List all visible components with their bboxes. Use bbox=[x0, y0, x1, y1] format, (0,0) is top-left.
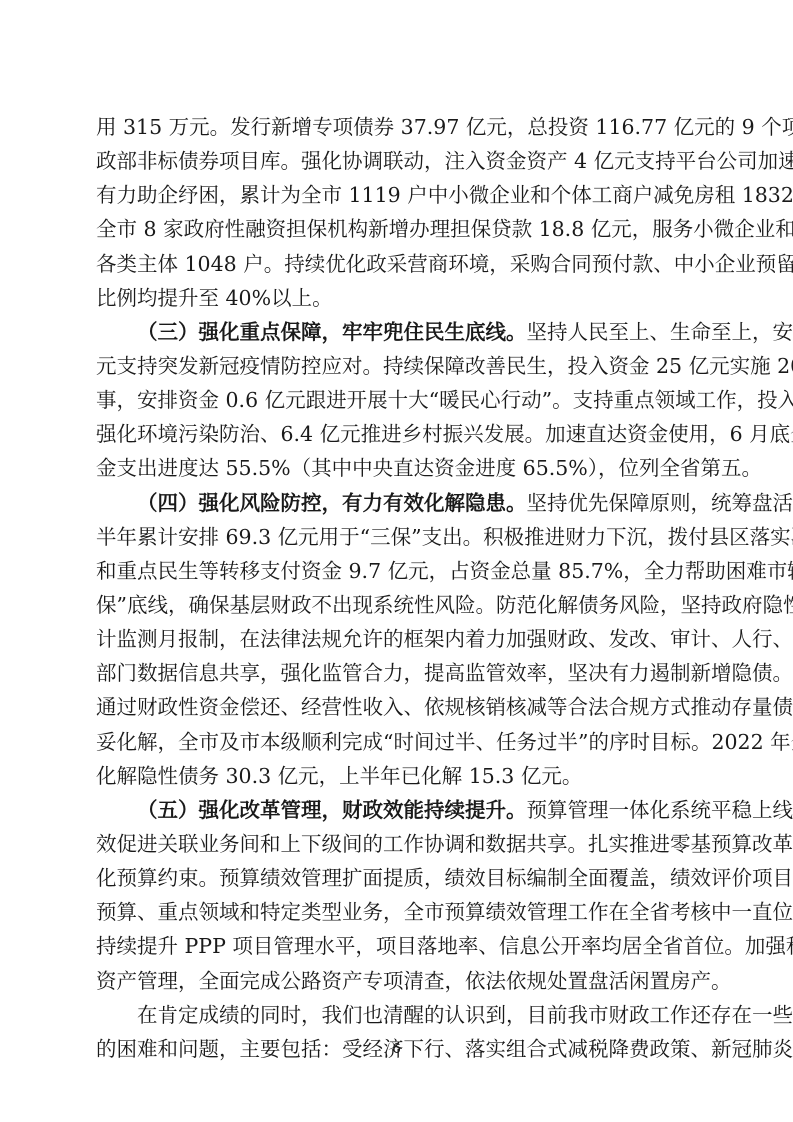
paragraph-line: 计监测月报制，在法律法规允许的框架内着力加强财政、发改、审计、人行、银保监等 bbox=[96, 622, 698, 656]
section-text: 预算管理一体化系统平稳上线运行，有 bbox=[527, 798, 793, 822]
section-heading: （三）强化重点保障，牢牢兜住民生底线。 bbox=[137, 320, 527, 344]
section-heading: （五）强化改革管理，财政效能持续提升。 bbox=[137, 798, 527, 822]
paragraph-line: 效促进关联业务间和上下级间的工作协调和数据共享。扎实推进零基预算改革，着力强 bbox=[96, 827, 698, 861]
paragraph-line: 全市 8 家政府性融资担保机构新增办理担保贷款 18.8 亿元，服务小微企业和“… bbox=[96, 212, 698, 246]
body-text: 用 315 万元。发行新增专项债券 37.97 亿元，总投资 116.77 亿元… bbox=[96, 110, 698, 1066]
paragraph-line: 在肯定成绩的同时，我们也清醒的认识到，目前我市财政工作还存在一些不容忽视 bbox=[96, 998, 698, 1032]
section-4-heading-line: （四）强化风险防控，有力有效化解隐患。坚持优先保障原则，统筹盘活资金，上 bbox=[96, 486, 698, 520]
page-number: 6 bbox=[0, 1040, 793, 1057]
paragraph-line: 半年累计安排 69.3 亿元用于“三保”支出。积极推进财力下沉，拨付县区落实减税… bbox=[96, 520, 698, 554]
paragraph-line: 各类主体 1048 户。持续优化政采营商环境，采购合同预付款、中小企业预留份额采… bbox=[96, 247, 698, 281]
section-text: 坚持人民至上、生命至上，安排 3.2 亿 bbox=[527, 320, 793, 344]
paragraph-line: 通过财政性资金偿还、经营性收入、依规核销核减等合法合规方式推动存量债务有序稳 bbox=[96, 690, 698, 724]
paragraph-line: 部门数据信息共享，强化监管合力，提高监管效率，坚决有力遏制新增隐债。积极主动 bbox=[96, 656, 698, 690]
paragraph-line: 元支持突发新冠疫情防控应对。持续保障改善民生，投入资金 25 亿元实施 20 项… bbox=[96, 349, 698, 383]
section-3-heading-line: （三）强化重点保障，牢牢兜住民生底线。坚持人民至上、生命至上，安排 3.2 亿 bbox=[96, 315, 698, 349]
paragraph-line: 预算、重点领域和特定类型业务，全市预算绩效管理工作在全省考核中一直位居前列。 bbox=[96, 895, 698, 929]
paragraph-line: 事，安排资金 0.6 亿元跟进开展十大“暖民心行动”。支持重点领域工作，投入 8… bbox=[96, 383, 698, 417]
paragraph-line: 比例均提升至 40%以上。 bbox=[96, 281, 698, 315]
paragraph-line: 和重点民生等转移支付资金 9.7 亿元，占资金总量 85.7%，全力帮助困难市辖… bbox=[96, 554, 698, 588]
paragraph-line: 妥化解，全市及市本级顺利完成“时间过半、任务过半”的序时目标。2022 年全市计… bbox=[96, 725, 698, 759]
paragraph-line: 有力助企纾困，累计为全市 1119 户中小微企业和个体工商户减免房租 1832.… bbox=[96, 178, 698, 212]
section-heading: （四）强化风险防控，有力有效化解隐患。 bbox=[137, 491, 527, 515]
paragraph-line: 用 315 万元。发行新增专项债券 37.97 亿元，总投资 116.77 亿元… bbox=[96, 110, 698, 144]
paragraph-line: 金支出进度达 55.5%（其中中央直达资金进度 65.5%），位列全省第五。 bbox=[96, 451, 698, 485]
paragraph-line: 资产管理，全面完成公路资产专项清查，依法依规处置盘活闲置房产。 bbox=[96, 964, 698, 998]
paragraph-line: 政部非标债券项目库。强化协调联动，注入资金资产 4 亿元支持平台公司加速转型发展… bbox=[96, 144, 698, 178]
paragraph-line: 强化环境污染防治、6.4 亿元推进乡村振兴发展。加速直达资金使用，6 月底全市直… bbox=[96, 417, 698, 451]
paragraph-line: 保”底线，确保基层财政不出现系统性风险。防范化解债务风险，坚持政府隐性债务统 bbox=[96, 588, 698, 622]
paragraph-line: 化预算约束。预算绩效管理扩面提质，绩效目标编制全面覆盖，绩效评价项目涵盖四本 bbox=[96, 861, 698, 895]
paragraph-line: 持续提升 PPP 项目管理水平，项目落地率、信息公开率均居全省首位。加强和改进国… bbox=[96, 929, 698, 963]
paragraph-line: 化解隐性债务 30.3 亿元，上半年已化解 15.3 亿元。 bbox=[96, 759, 698, 793]
section-5-heading-line: （五）强化改革管理，财政效能持续提升。预算管理一体化系统平稳上线运行，有 bbox=[96, 793, 698, 827]
section-text: 坚持优先保障原则，统筹盘活资金，上 bbox=[527, 491, 793, 515]
document-page: 用 315 万元。发行新增专项债券 37.97 亿元，总投资 116.77 亿元… bbox=[0, 0, 793, 1122]
